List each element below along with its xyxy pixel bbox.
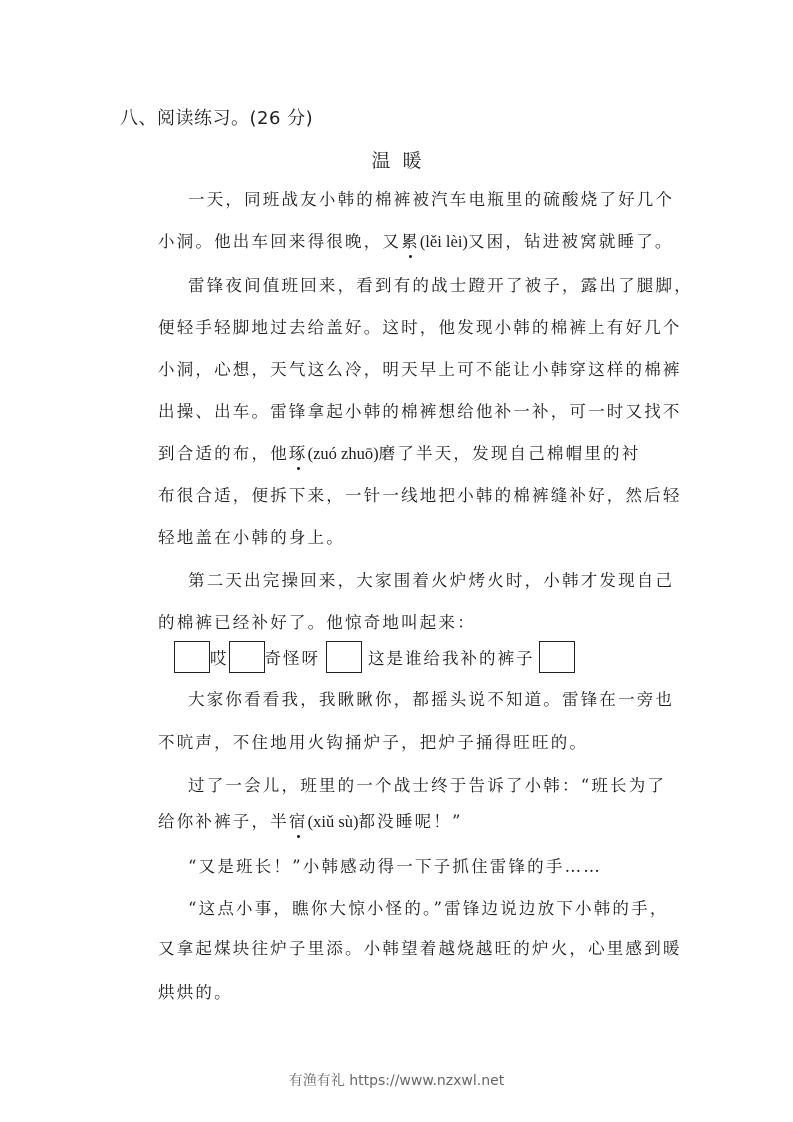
blank-box-4[interactable] [539, 641, 575, 673]
pinyin-choice[interactable]: (xiǔ sù) [308, 812, 359, 831]
paragraph-4-line-1: 大家你看看我，我瞅瞅你，都摇头说不知道。雷锋在一旁也 [188, 690, 676, 710]
emphasis-char: 宿 [289, 812, 308, 832]
paragraph-2-line-6: 布很合适，便拆下来，一针一线地把小韩的棉裤缝补好，然后轻 [158, 486, 676, 506]
pinyin-choice[interactable]: (lěi lèi) [420, 232, 468, 251]
emphasis-char: 琢 [289, 444, 308, 464]
punctuation-fill-row: 哎 奇怪呀 这是谁给我补的裤子 [174, 640, 575, 674]
paragraph-5-line-1: 过了一会儿，班里的一个战士终于告诉了小韩：“班长为了 [188, 776, 676, 796]
paragraph-2-line-7: 轻地盖在小韩的身上。 [158, 528, 676, 548]
text: 给你补裤子，半 [158, 812, 289, 831]
text: 奇怪呀 [265, 645, 321, 669]
blank-box-1[interactable] [174, 641, 210, 673]
paragraph-2-line-5: 到合适的布，他琢(zuó zhuō)磨了半天，发现自己棉帽里的衬 [158, 444, 676, 464]
pinyin-choice[interactable]: (zuó zhuō) [308, 444, 379, 463]
paragraph-2-line-4: 出操、出车。雷锋拿起小韩的棉裤想给他补一补，可一时又找不 [158, 402, 676, 422]
paragraph-1-line-1: 一天，同班战友小韩的棉裤被汽车电瓶里的硫酸烧了好几个 [188, 190, 676, 210]
section-heading: 八、阅读练习。(26 分) [120, 104, 313, 130]
blank-box-2[interactable] [229, 641, 265, 673]
text: 都没睡呢！” [358, 812, 462, 831]
passage-title: 温暖 [0, 146, 793, 173]
text: 到合适的布，他 [158, 444, 289, 463]
paragraph-3-line-2: 的棉裤已经补好了。他惊奇地叫起来： [158, 613, 676, 633]
text: 磨了半天，发现自己棉帽里的衬 [379, 444, 641, 463]
text: 又困，钻进被窝就睡了。 [468, 232, 674, 251]
text: 小洞。他出车回来得很晚，又 [158, 232, 401, 251]
paragraph-2-line-3: 小洞，心想，天气这么冷，明天早上可不能让小韩穿这样的棉裤 [158, 360, 676, 380]
paragraph-3-line-1: 第二天出完操回来，大家围着火炉烤火时，小韩才发现自己 [188, 571, 676, 591]
paragraph-6-line-1: “又是班长！”小韩感动得一下子抓住雷锋的手…… [188, 857, 676, 877]
emphasis-char: 累 [401, 232, 420, 252]
paragraph-7-line-2: 又拿起煤块往炉子里添。小韩望着越烧越旺的炉火，心里感到暖 [158, 939, 676, 959]
paragraph-5-line-2: 给你补裤子，半宿(xiǔ sù)都没睡呢！” [158, 812, 676, 832]
footer-watermark: 有渔有礼 https://www.nzxwl.net [0, 1070, 793, 1090]
text: 这是谁给我补的裤子 [368, 645, 535, 669]
paragraph-2-line-1: 雷锋夜间值班回来，看到有的战士蹬开了被子，露出了腿脚， [188, 276, 676, 296]
paragraph-4-line-2: 不吭声，不住地用火钩捅炉子，把炉子捅得旺旺的。 [158, 733, 676, 753]
text: 哎 [210, 645, 229, 669]
paragraph-7-line-3: 烘烘的。 [158, 983, 676, 1003]
blank-box-3[interactable] [326, 641, 362, 673]
paragraph-2-line-2: 便轻手轻脚地过去给盖好。这时，他发现小韩的棉裤上有好几个 [158, 318, 676, 338]
paragraph-7-line-1: “这点小事，瞧你大惊小怪的。”雷锋边说边放下小韩的手， [188, 899, 676, 919]
paragraph-1-line-2: 小洞。他出车回来得很晚，又累(lěi lèi)又困，钻进被窝就睡了。 [158, 232, 676, 252]
